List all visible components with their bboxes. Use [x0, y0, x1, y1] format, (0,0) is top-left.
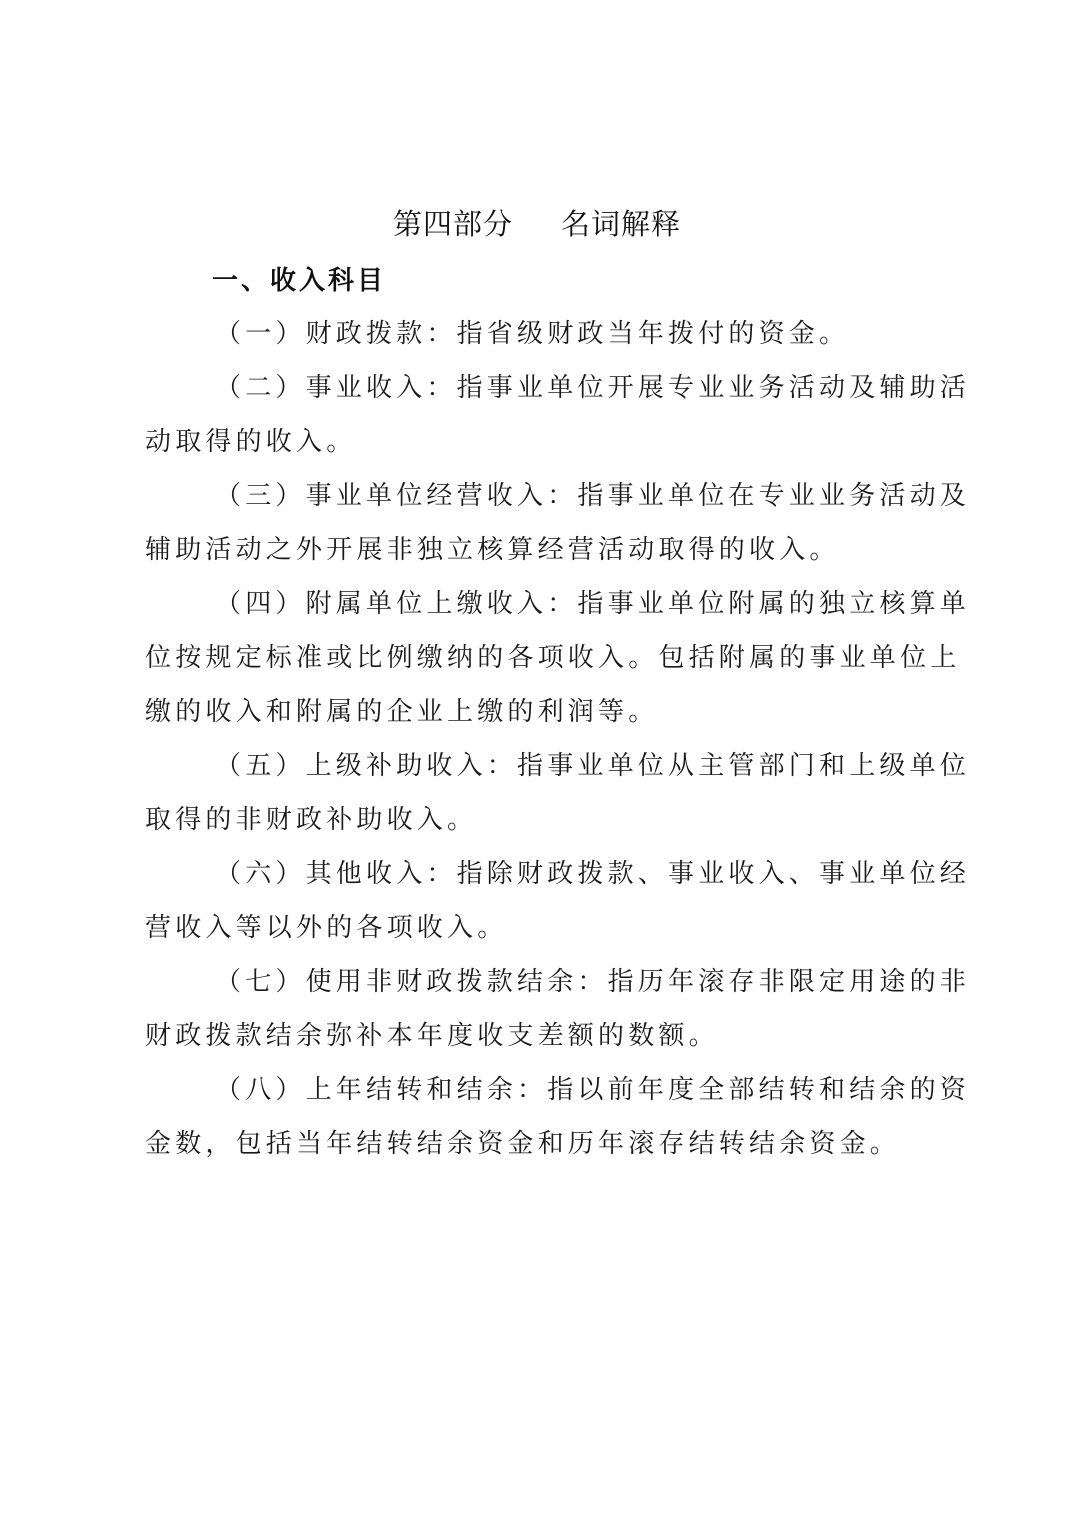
document-page: 第四部分名词解释 一、收入科目 （一）财政拨款：指省级财政当年拨付的资金。 （二…	[0, 0, 1074, 1520]
paragraph-line: 位按规定标准或比例缴纳的各项收入。包括附属的事业单位上	[145, 638, 960, 678]
title-name: 名词解释	[561, 207, 681, 241]
paragraph-line: （四）附属单位上缴收入：指事业单位附属的独立核算单	[215, 584, 970, 624]
paragraph-line: （八）上年结转和结余：指以前年度全部结转和结余的资	[215, 1070, 970, 1110]
paragraph-line: （七）使用非财政拨款结余：指历年滚存非限定用途的非	[215, 962, 970, 1002]
paragraph-line: （二）事业收入：指事业单位开展专业业务活动及辅助活	[215, 368, 970, 408]
paragraph-line: 动取得的收入。	[145, 422, 356, 462]
paragraph-line: 营收入等以外的各项收入。	[145, 908, 507, 948]
title-part: 第四部分	[393, 207, 513, 241]
paragraph-line: 金数，包括当年结转结余资金和历年滚存结转结余资金。	[145, 1124, 900, 1164]
paragraph-line: 缴的收入和附属的企业上缴的利润等。	[145, 692, 658, 732]
paragraph-line: （三）事业单位经营收入：指事业单位在专业业务活动及	[215, 476, 970, 516]
paragraph-line: 取得的非财政补助收入。	[145, 800, 477, 840]
paragraph-line: （一）财政拨款：指省级财政当年拨付的资金。	[215, 314, 849, 354]
paragraph-line: （六）其他收入：指除财政拨款、事业收入、事业单位经	[215, 854, 970, 894]
section-heading: 一、收入科目	[212, 260, 386, 297]
paragraph-line: （五）上级补助收入：指事业单位从主管部门和上级单位	[215, 746, 970, 786]
page-title: 第四部分名词解释	[0, 202, 1074, 243]
paragraph-line: 财政拨款结余弥补本年度收支差额的数额。	[145, 1016, 719, 1056]
paragraph-line: 辅助活动之外开展非独立核算经营活动取得的收入。	[145, 530, 840, 570]
